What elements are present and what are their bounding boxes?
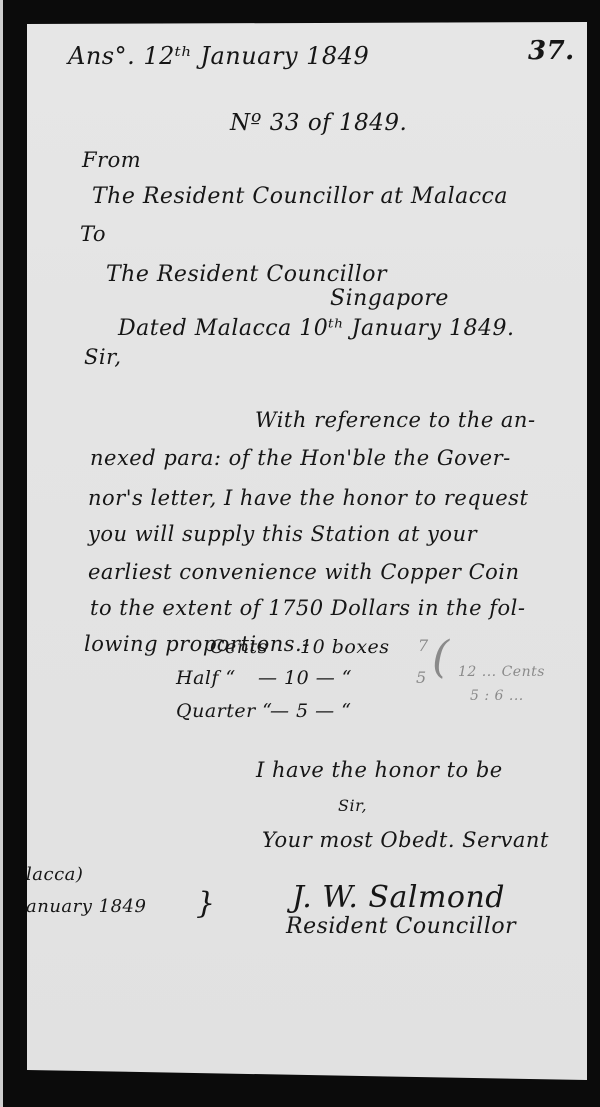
overlap-fragment: anuary 1849 bbox=[26, 896, 146, 917]
body-line: With reference to the an- bbox=[255, 408, 536, 432]
body-line: to the extent of 1750 Dollars in the fol… bbox=[90, 596, 525, 620]
proportion-qty: — 10 — “ bbox=[258, 667, 352, 689]
margin-bracket-number: 7 bbox=[418, 636, 429, 655]
answer-note: Ans°. 12ᵗʰ January 1849 bbox=[68, 42, 369, 70]
proportion-item: Quarter “ bbox=[176, 700, 272, 722]
proportion-qty: — 5 — “ bbox=[270, 700, 351, 722]
page-number: 37. bbox=[528, 36, 575, 66]
adjacent-page-edge bbox=[0, 0, 3, 1107]
closing-line: I have the honor to be bbox=[256, 758, 503, 782]
proportion-qty: 10 boxes bbox=[300, 636, 390, 658]
margin-brace: ( bbox=[432, 636, 450, 680]
letter-number: Nº 33 of 1849. bbox=[230, 110, 407, 136]
body-line: nor's letter, I have the honor to reques… bbox=[88, 486, 528, 510]
from-label: From bbox=[82, 148, 141, 172]
to-location: Singapore bbox=[330, 286, 449, 311]
from-line: The Resident Councillor at Malacca bbox=[92, 184, 508, 209]
margin-bracket-number: 5 bbox=[416, 668, 427, 687]
margin-note: 12 ... Cents bbox=[458, 664, 545, 680]
margin-note: 5 : 6 ... bbox=[470, 688, 524, 704]
body-line: lowing proportions.- bbox=[84, 632, 310, 656]
body-line: earliest convenience with Copper Coin bbox=[88, 560, 520, 584]
proportion-item: Cents bbox=[210, 636, 268, 658]
overlap-brace: } bbox=[196, 886, 216, 921]
to-line: The Resident Councillor bbox=[106, 262, 387, 287]
signature-title: Resident Councillor bbox=[286, 914, 516, 939]
overlap-fragment: lacca) bbox=[26, 864, 83, 885]
body-line: nexed para: of the Hon'ble the Gover- bbox=[90, 446, 511, 470]
to-label: To bbox=[80, 222, 106, 246]
closing-sir: Sir, bbox=[338, 796, 367, 815]
salutation: Sir, bbox=[84, 345, 122, 369]
dated-line: Dated Malacca 10ᵗʰ January 1849. bbox=[118, 316, 514, 341]
proportion-item: Half “ bbox=[176, 667, 236, 689]
closing-line: Your most Obedt. Servant bbox=[262, 828, 549, 852]
body-line: you will supply this Station at your bbox=[88, 522, 477, 546]
signature: J. W. Salmond bbox=[292, 880, 505, 915]
